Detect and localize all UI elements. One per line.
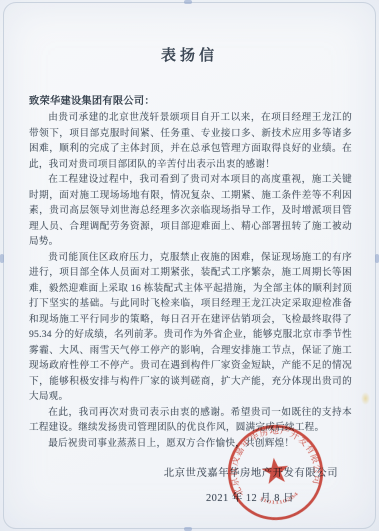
letter-title: 表扬信 [0, 0, 379, 65]
letter-body: 由贵司承建的北京世茂轩景颂项目自开工以来，在项目经理王龙江的带领下，项目部克服时… [29, 110, 352, 451]
seal-company-text: 北京世茂嘉年华房地产开发有限公司 [221, 418, 326, 499]
scan-registration-mark-left [0, 254, 4, 263]
letter-paragraph: 由贵司承建的北京世茂轩景颂项目自开工以来，在项目经理王龙江的带领下，项目部克服时… [29, 110, 352, 172]
seal-serial-text: 1101110284 [257, 491, 301, 508]
letter-salutation: 致荣华建设集团有限公司： [29, 92, 352, 107]
seal-svg: 北京世茂嘉年华房地产开发有限公司 1101110284 [220, 417, 330, 527]
letter-paragraph: 在工程建设过程中，我司看到了贵司对本项目的高度重视，施工关键时期，面对施工现场场… [29, 172, 352, 250]
letter-content: 致荣华建设集团有限公司： 由贵司承建的北京世茂轩景颂项目自开工以来，在项目经理王… [0, 92, 379, 504]
star-icon [260, 456, 290, 484]
scanned-letter-page: 表扬信 致荣华建设集团有限公司： 由贵司承建的北京世茂轩景颂项目自开工以来，在项… [0, 0, 379, 531]
letter-paragraph: 贵司能顶住区政府压力，克服禁止夜施的困难，保证现场施工的有序进行，项目部全体人员… [29, 250, 352, 405]
scan-registration-mark-top [184, 0, 192, 4]
scan-registration-mark-right [375, 254, 379, 263]
scan-registration-mark-bottom [184, 527, 192, 531]
company-seal-stamp: 北京世茂嘉年华房地产开发有限公司 1101110284 [220, 417, 330, 527]
scan-stain-spot [361, 392, 370, 405]
